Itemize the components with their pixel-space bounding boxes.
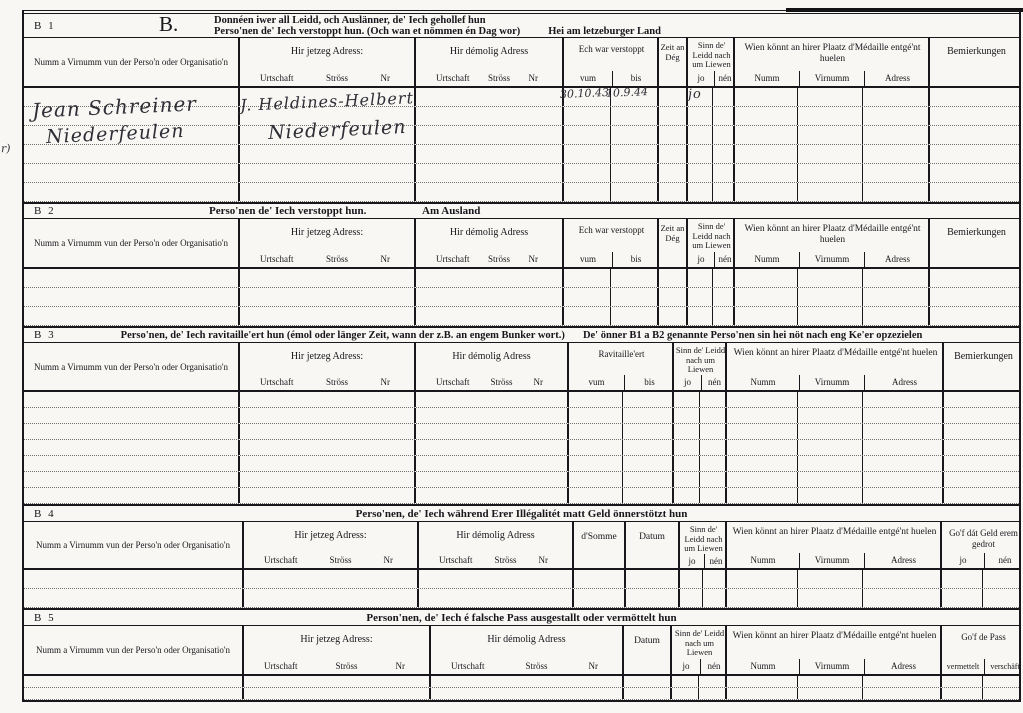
table-cell [414,456,567,471]
table-cell [699,488,725,503]
table-cell [242,570,417,588]
table-cell [712,183,733,201]
table-row [24,456,1019,472]
subcol-vum: vum [564,252,612,267]
table-cell [562,107,610,125]
col-header-medal-recipient: Wien könnt an hirer Plaatz d'Médaille en… [733,38,928,86]
subcol-stross: Ströss [326,254,348,264]
table-cell [699,424,725,439]
header-row-b5: Numm a Virnumm vun der Perso'n oder Orga… [24,626,1019,676]
col-header-remarks: Bemierkungen [928,38,1023,86]
table-cell [238,307,414,325]
table-cell [567,408,622,423]
table-cell [414,488,567,503]
table-cell [928,126,1023,144]
subcol-nr: Nr [533,377,543,387]
table-row [24,269,1019,288]
table-cell [862,570,940,588]
section-id: B 3 [34,329,56,341]
table-cell [725,472,797,487]
table-cell [24,424,238,439]
subcol-virnumm: Virnumm [799,659,864,674]
col-header-name: Numm a Virnumm vun der Perso'n oder Orga… [24,38,238,86]
col-header-current-address: Hir jetzeg Adress: Urtschaft Ströss Nr [238,343,414,390]
subcol-nen: nén [714,71,733,86]
table-cell [982,688,1023,699]
table-cell [797,676,862,687]
table-cell [414,107,562,125]
col-header-still-alive: Sinn de' Leidd nach um Liewen jo nén [670,626,725,674]
table-row [24,164,1019,183]
table-cell [698,688,725,699]
table-cell [238,145,414,163]
subcol-numm: Numm [735,71,799,86]
table-row [24,408,1019,424]
section-b1-title-row: B 1 B. Donnéen iwer all Leidd, och Auslä… [24,14,1019,38]
table-cell [657,88,686,106]
section-b4-title-row: B 4 Perso'nen, de' Iech während Erer Ill… [24,506,1019,522]
table-cell [572,589,624,607]
table-cell [238,472,414,487]
table-row [24,288,1019,307]
table-cell [567,488,622,503]
table-cell [624,589,678,607]
col-header-former-address: Hir démolig Adress Urtschaft Ströss Nr [417,522,572,568]
subcol-bis: bis [612,252,657,267]
subcol-urtschaft: Urtschaft [439,555,473,565]
subcol-numm: Numm [727,375,799,390]
table-cell [862,488,942,503]
table-cell [862,392,942,407]
table-cell [24,570,242,588]
table-cell [610,288,657,306]
col-header-hidden-period: Ech war verstoppt vum bis [562,219,657,267]
table-cell [414,145,562,163]
table-cell [725,570,797,588]
table-cell [238,392,414,407]
table-cell [686,145,712,163]
subcol-adress: Adress [864,252,928,267]
table-cell [702,570,725,588]
section-title: Perso'nen de' Iech verstoppt hun. [209,205,366,217]
table-cell [610,307,657,325]
table-cell [622,472,672,487]
table-cell [429,676,622,687]
table-cell [24,688,242,699]
table-row [24,183,1019,202]
table-cell [670,676,698,687]
table-cell [725,676,797,687]
data-area-b5 [24,676,1019,702]
table-cell [622,688,670,699]
table-cell [733,107,797,125]
subcol-urtschaft: Urtschaft [260,377,294,387]
table-cell [610,145,657,163]
col-header-medal-recipient: Wien könnt an hirer Plaatz d'Médaille en… [725,522,940,568]
subcol-bis: bis [624,375,672,390]
table-cell [699,472,725,487]
table-row [24,589,1019,608]
section-id: B 4 [34,508,56,520]
col-header-medal-recipient: Wien könnt an hirer Plaatz d'Médaille en… [725,343,942,390]
table-cell [610,164,657,182]
table-row [24,440,1019,456]
table-cell [572,570,624,588]
table-cell [733,183,797,201]
section-title-part1: Perso'nen, de' Iech ravitaille'ert hun (… [121,330,565,341]
table-cell [725,424,797,439]
section-title: Person'nen, de' Iech é falsche Pass ausg… [366,612,676,624]
table-cell [797,488,862,503]
table-cell [238,269,414,287]
subcol-nr: Nr [380,254,390,264]
subcol-jo: jo [680,554,704,569]
table-cell [862,424,942,439]
table-cell [657,307,686,325]
table-cell [797,164,862,182]
table-cell [672,392,699,407]
table-cell [797,183,862,201]
table-cell [24,164,238,182]
subcol-adress: Adress [864,553,940,568]
table-cell [678,570,702,588]
table-cell [657,145,686,163]
table-cell [712,126,733,144]
table-row [24,688,1019,700]
table-cell [797,408,862,423]
section-title-line2: Perso'nen de' Iech verstoppt hun. (Och w… [214,26,520,37]
table-cell [797,688,862,699]
col-header-current-address: Hir jetzeg Adress: Urtschaft Ströss Nr [242,626,429,674]
address-subcolumns: Urtschaft Ströss Nr [240,377,414,390]
table-cell [417,570,572,588]
subcol-jo: jo [672,659,700,674]
table-cell [238,456,414,471]
table-cell [238,164,414,182]
section-title-part2: De' önner B1 a B2 genannte Perso'nen sin… [583,330,922,341]
table-cell [862,107,928,125]
header-row-b1: Numm a Virnumm vun der Perso'n oder Orga… [24,38,1019,88]
col-header-zeit-an-deg: Zeit an Dég [657,219,686,267]
table-cell [928,107,1023,125]
table-cell [797,269,862,287]
subcol-virnumm: Virnumm [799,553,864,568]
table-cell [562,269,610,287]
subcol-bis: bis [612,71,657,86]
subcol-stross: Ströss [335,661,357,671]
table-cell [940,570,982,588]
col-header-hidden-period: Ech war verstoppt vum bis [562,38,657,86]
table-row [24,676,1019,688]
table-cell [24,183,238,201]
table-cell [797,145,862,163]
table-cell [982,570,1023,588]
table-row [24,145,1019,164]
table-cell [928,164,1023,182]
table-cell [725,456,797,471]
subcol-adress: Adress [864,659,940,674]
table-cell [725,688,797,699]
table-cell [797,88,862,106]
table-cell [940,676,982,687]
table-cell [24,307,238,325]
subcol-nr: Nr [538,555,548,565]
subcol-nr: Nr [588,661,598,671]
data-area-b3 [24,392,1019,504]
col-header-remarks: Bemierkungen [928,219,1023,267]
col-header-money-returned: Go'f dát Geld erem gedrot jo nén [940,522,1023,568]
table-cell [733,88,797,106]
table-cell [699,392,725,407]
subcol-stross: Ströss [490,377,512,387]
table-cell [942,456,1023,471]
table-cell [672,424,699,439]
table-cell [862,183,928,201]
table-cell [567,424,622,439]
table-cell [982,676,1023,687]
table-cell [24,488,238,503]
data-area-b4 [24,570,1019,608]
address-subcolumns: Urtschaft Ströss Nr [244,555,417,568]
table-cell [942,424,1023,439]
col-header-still-alive: Sinn de' Leidd nach um Liewen jo nén [686,219,733,267]
table-cell [238,288,414,306]
col-header-pass-provided: Go'f de Pass vermettelt verschäft [940,626,1023,674]
col-header-zeit-an-deg: Zeit an Dég [657,38,686,86]
table-cell [567,472,622,487]
table-cell [562,307,610,325]
table-cell [238,183,414,201]
table-cell [928,88,1023,106]
subcol-nr: Nr [383,555,393,565]
table-cell [862,88,928,106]
col-header-date: Datum [624,522,678,568]
table-cell [928,269,1023,287]
table-cell [622,424,672,439]
table-cell [942,440,1023,455]
table-cell [862,164,928,182]
table-cell [657,126,686,144]
table-cell [24,145,238,163]
table-cell [797,424,862,439]
table-row [24,392,1019,408]
table-cell [624,570,678,588]
section-title-line1: Donnéen iwer all Leidd, och Auslänner, d… [214,15,661,26]
col-header-former-address: Hir démolig Adress Urtschaft Ströss Nr [429,626,622,674]
section-id: B 5 [34,612,56,624]
table-cell [429,688,622,699]
section-id: B 1 [34,20,56,32]
table-cell [942,472,1023,487]
table-cell [414,440,567,455]
col-header-current-address: Hir jetzeg Adress: Urtschaft Ströss Nr [238,219,414,267]
table-row [24,424,1019,440]
table-cell [24,456,238,471]
subcol-virnumm: Virnumm [799,375,864,390]
table-cell [414,88,562,106]
subcol-stross: Ströss [488,254,510,264]
table-cell [567,392,622,407]
table-cell [862,145,928,163]
table-row [24,307,1019,326]
col-header-still-alive: Sinn de' Leidd nach um Liewen jo nén [678,522,725,568]
col-header-name: Numm a Virnumm vun der Perso'n oder Orga… [24,626,242,674]
table-cell [686,107,712,125]
col-header-medal-recipient: Wien könnt an hirer Plaatz d'Médaille en… [733,219,928,267]
subcol-nen: nén [714,252,733,267]
table-cell [657,183,686,201]
subcol-nen: nén [701,375,725,390]
section-b5-title-row: B 5 Person'nen, de' Iech é falsche Pass … [24,610,1019,626]
table-cell [414,307,562,325]
subcol-nen: nén [704,554,725,569]
table-cell [610,126,657,144]
table-cell [797,440,862,455]
col-header-former-address: Hir démolig Adress Urtschaft Ströss Nr [414,219,562,267]
table-cell [862,472,942,487]
section-title: Donnéen iwer all Leidd, och Auslänner, d… [214,15,661,37]
col-header-medal-recipient: Wien könnt an hirer Plaatz d'Médaille en… [725,626,940,674]
table-cell [657,269,686,287]
handwritten-jo-answer: jo [688,87,703,103]
table-cell [238,424,414,439]
col-header-remarks: Bemierkungen [942,343,1023,390]
col-header-amount: d'Somme [572,522,624,568]
col-header-date: Datum [622,626,670,674]
table-cell [712,164,733,182]
table-cell [862,456,942,471]
table-cell [862,688,940,699]
subcol-numm: Numm [727,553,799,568]
section-subtitle: Am Ausland [422,205,480,217]
table-cell [672,440,699,455]
table-cell [562,126,610,144]
table-cell [725,408,797,423]
table-cell [678,589,702,607]
subcol-stross: Ströss [329,555,351,565]
subcol-nr: Nr [380,377,390,387]
col-header-name: Numm a Virnumm vun der Perso'n oder Orga… [24,343,238,390]
table-cell [699,456,725,471]
table-cell [698,676,725,687]
section-b2: B 2 Perso'nen de' Iech verstoppt hun. Am… [24,202,1019,326]
table-cell [622,456,672,471]
table-cell [414,126,562,144]
table-cell [242,589,417,607]
table-row [24,488,1019,504]
table-cell [242,676,429,687]
table-cell [672,408,699,423]
handwritten-margin-note: r) [1,142,11,155]
table-cell [733,164,797,182]
table-cell [657,107,686,125]
table-cell [862,408,942,423]
table-cell [942,488,1023,503]
subcol-vermettelt: vermettelt [942,659,984,674]
table-cell [797,288,862,306]
table-cell [733,269,797,287]
table-cell [928,183,1023,201]
table-cell [610,107,657,125]
table-cell [797,126,862,144]
col-header-still-alive: Sinn de' Leidd nach um Liewen jo nén [686,38,733,86]
table-row [24,472,1019,488]
table-row [24,570,1019,589]
address-subcolumns: Urtschaft Ströss Nr [416,73,562,86]
col-header-name: Numm a Virnumm vun der Perso'n oder Orga… [24,522,242,568]
subcol-stross: Ströss [326,73,348,83]
table-cell [862,676,940,687]
section-b5: B 5 Person'nen, de' Iech é falsche Pass … [24,608,1019,702]
table-cell [417,589,572,607]
table-cell [610,183,657,201]
table-cell [797,392,862,407]
subcol-stross: Ströss [488,73,510,83]
table-cell [567,456,622,471]
scanned-form-sheet: B 1 B. Donnéen iwer all Leidd, och Auslä… [0,0,1023,713]
table-cell [24,589,242,607]
table-cell [238,440,414,455]
subcol-nr: Nr [528,73,538,83]
table-cell [797,570,862,588]
table-cell [942,408,1023,423]
table-cell [672,488,699,503]
table-cell [712,107,733,125]
table-cell [562,183,610,201]
subcol-stross: Ströss [326,377,348,387]
table-cell [942,392,1023,407]
table-cell [733,288,797,306]
address-subcolumns: Urtschaft Ströss Nr [416,377,567,390]
table-cell [725,440,797,455]
section-b4: B 4 Perso'nen, de' Iech während Erer Ill… [24,504,1019,608]
data-area-b2 [24,269,1019,326]
table-cell [562,288,610,306]
subcol-jo: jo [688,252,714,267]
subcol-nr: Nr [380,73,390,83]
table-cell [562,145,610,163]
table-cell [733,307,797,325]
table-cell [797,472,862,487]
col-header-former-address: Hir démolig Adress Urtschaft Ströss Nr [414,343,567,390]
table-cell [725,589,797,607]
table-cell [712,88,733,106]
table-cell [940,589,982,607]
table-cell [699,440,725,455]
table-cell [242,688,429,699]
table-cell [712,307,733,325]
table-cell [414,408,567,423]
table-cell [797,307,862,325]
address-subcolumns: Urtschaft Ströss Nr [240,73,414,86]
table-cell [686,269,712,287]
subcol-adress: Adress [864,375,942,390]
table-cell [414,183,562,201]
table-cell [238,408,414,423]
table-cell [862,589,940,607]
table-cell [24,288,238,306]
handwritten-date-until: 10.9.44 [606,85,649,100]
subcol-urtschaft: Urtschaft [264,661,298,671]
header-row-b4: Numm a Virnumm vun der Perso'n oder Orga… [24,522,1019,570]
subcol-nr: Nr [395,661,405,671]
table-cell [24,440,238,455]
table-cell [238,488,414,503]
section-b3-title-row: B 3 Perso'nen, de' Iech ravitaille'ert h… [24,328,1019,343]
address-subcolumns: Urtschaft Ströss Nr [240,254,414,267]
table-cell [712,288,733,306]
subcol-urtschaft: Urtschaft [436,377,470,387]
